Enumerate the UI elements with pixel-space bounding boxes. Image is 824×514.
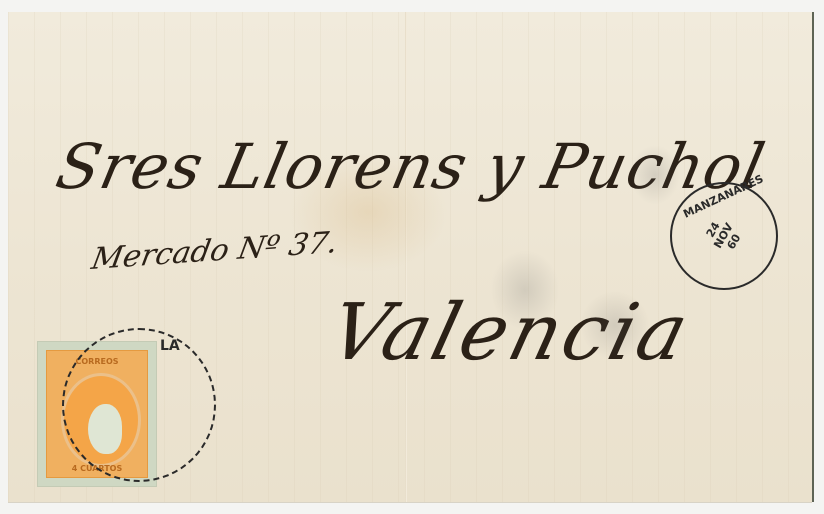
ink-smudge [630, 145, 680, 205]
postmark-manzanares: MANZANARES 24 NOV 60 [670, 182, 778, 290]
postmark-partial-text: LA [160, 338, 180, 354]
postmark-stamp-cancel [62, 328, 216, 482]
ink-smudge [580, 290, 650, 360]
ink-smudge [490, 250, 560, 330]
